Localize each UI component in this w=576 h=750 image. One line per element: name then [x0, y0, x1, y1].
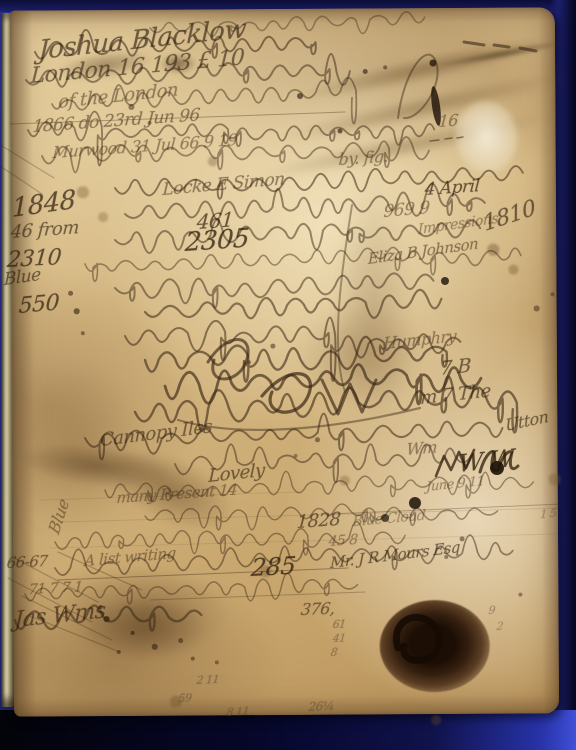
stain-smear-top-right-3	[255, 107, 555, 186]
large-ink-blot	[379, 600, 490, 693]
stain-smear-top-right-1	[296, 28, 560, 108]
stain-bottom-left-dark	[81, 597, 205, 660]
stain-left-margin	[6, 362, 141, 527]
foxing-specks	[10, 11, 14, 15]
manuscript-page	[10, 7, 559, 716]
dark-streak-top-right	[438, 38, 564, 69]
stain-arm-left-1	[19, 437, 175, 494]
smudge-top-left	[55, 45, 156, 85]
stain-arm-left-2	[97, 434, 244, 546]
paper-repair-patch	[450, 96, 524, 179]
ink-smudge-top	[160, 54, 196, 74]
stain-smear-top-right-2	[279, 65, 569, 149]
smudge-band-center	[334, 188, 413, 426]
stain-bottom-left	[63, 567, 228, 660]
smudge-center	[300, 303, 425, 406]
photograph-frame: Joshua BlacklowLondon 16 193 £ 10of the …	[0, 0, 576, 750]
